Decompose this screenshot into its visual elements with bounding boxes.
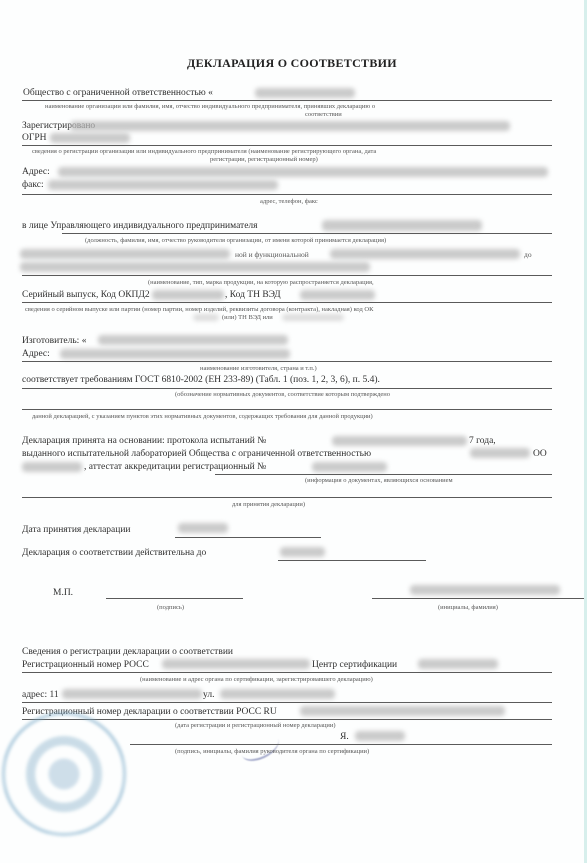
basis-line-2: выданного испытательной лабораторией Общ… [22,449,371,459]
valid-until-underline [278,560,426,561]
redacted-lab-name [470,448,530,458]
decl-reg-caption: (дата регистрации и регистрационный номе… [175,722,336,729]
redacted-tn-ved-code [300,290,375,300]
complies-underline-2 [22,409,552,410]
redacted-accepted-date [178,523,228,533]
manufacturer-prefix: Изготовитель: « [22,336,86,346]
redacted-product-1a [20,249,230,259]
tn-ved-label: , Код ТН ВЭД [225,290,281,300]
declaration-page: ДЕКЛАРАЦИЯ О СООТВЕТСТВИИ Общество с огр… [0,0,587,863]
manufacturer-caption: наименование изготовителя, страна и т.п.… [200,365,317,372]
basis-caption-2: для принятия декларации) [232,501,305,508]
complies-caption: (обозначение нормативных документов, соо… [175,391,390,398]
redacted-signer-surname [355,731,405,741]
registration-caption-2: регистрации, регистрационный номер) [210,156,318,163]
redacted-okpd2-code [152,290,224,300]
complies-underline [22,388,552,389]
decl-reg-underline [22,719,552,720]
fax-prefix: факс: [22,180,44,190]
redacted-registration [70,121,510,131]
represented-by-line: в лице Управляющего индивидуального пред… [22,221,258,231]
complies-caption-2: данной декларацией, с указанием пунктов … [32,413,373,420]
serial-caption: сведения о серийном выпуске или партии (… [25,306,373,313]
applicant-caption-2: соответствии [305,111,342,118]
signer-caption: (подпись, инициалы, фамилия руководителя… [175,748,369,755]
redacted-applicant-name [255,88,355,98]
basis-year: 7 года, [469,436,496,446]
redacted-representative [322,220,482,231]
signature-underline [106,598,243,599]
reg-number-underline [22,672,552,673]
basis-caption: (информация о документах, являющихся осн… [305,477,453,484]
address-caption: адрес, телефон, факс [260,198,318,205]
redacted-reg-number [162,659,310,669]
official-seal-stamp [2,712,126,836]
mp-label: М.П. [53,588,73,598]
redacted-fax [48,180,278,190]
basis-ooo: ОО [533,449,547,459]
reg-address-street: ул. [203,690,214,700]
reg-number-prefix: Регистрационный номер РОСС [22,660,149,670]
redacted-reg-address-2 [220,689,335,699]
redacted-manufacturer [98,335,288,345]
document-title: ДЕКЛАРАЦИЯ О СООТВЕТСТВИИ [0,56,584,71]
redacted-protocol-number [332,436,467,446]
serial-underline [22,302,552,303]
accepted-date-underline [175,537,321,538]
complies-line: соответствует требованиям ГОСТ 6810-2002… [22,375,380,385]
redacted-ok-code [193,314,219,321]
signer-underline [130,744,552,745]
reg-caption: (наименование и адрес органа по сертифик… [140,676,373,683]
valid-until-label: Декларация о соответствии действительна … [22,548,206,558]
redacted-lab-name-2 [22,462,82,472]
basis-underline-2 [22,497,552,498]
signature-caption: (подпись) [157,604,184,611]
redacted-manufacturer-address [60,349,290,359]
redacted-cert-center [418,659,498,669]
product-tail-2: до [524,250,532,259]
registration-underline [22,145,552,146]
handwritten-signature [237,729,282,764]
redacted-product-2 [20,262,370,272]
manufacturer-underline [22,361,552,362]
basis-underline [215,474,552,475]
redacted-reg-address-1 [62,689,202,699]
represented-underline [62,233,552,234]
basis-line-3: , аттестат аккредитации регистрационный … [84,462,266,472]
product-caption: (наименование, тип, марка продукции, на … [148,279,374,286]
accepted-date-label: Дата принятия декларации [22,525,131,535]
reg-address-prefix: адрес: 11 [22,690,59,700]
reg-info-title: Сведения о регистрации декларации о соот… [22,647,233,657]
applicant-caption: наименование организации или фамилия, им… [45,103,375,110]
serial-line: Серийный выпуск, Код ОКПД2 [22,290,150,300]
redacted-signer-name [410,585,560,595]
reg-address-underline [22,702,552,703]
basis-line-1: Декларация принята на основании: протоко… [22,436,266,446]
redacted-tn-ved-or [282,314,344,321]
ogrn-prefix: ОГРН [22,133,47,143]
manufacturer-address-prefix: Адрес: [22,349,50,359]
signer-initial: Я. [340,732,349,742]
name-underline [372,598,584,599]
redacted-accreditation-number [312,462,387,472]
redacted-product-1b [330,249,520,259]
redacted-ogrn [50,133,130,143]
cert-center-label: Центр сертификации [312,660,397,670]
applicant-underline [22,100,552,101]
serial-caption-2: (или) ТН ВЭД или [222,314,273,321]
redacted-address [58,167,548,177]
registration-caption: сведения о регистрации организации или и… [32,148,376,155]
redacted-valid-until-date [280,547,325,557]
name-caption: (инициалы, фамилия) [438,604,498,611]
represented-caption: (должность, фамилия, имя, отчество руков… [85,237,386,244]
product-underline [22,275,552,276]
redacted-decl-reg-number [300,706,505,716]
product-tail: ной и функциональной [235,250,309,259]
address-prefix: Адрес: [22,167,50,177]
applicant-line: Общество с ограниченной ответственностью… [23,88,213,98]
address-underline [22,194,552,195]
